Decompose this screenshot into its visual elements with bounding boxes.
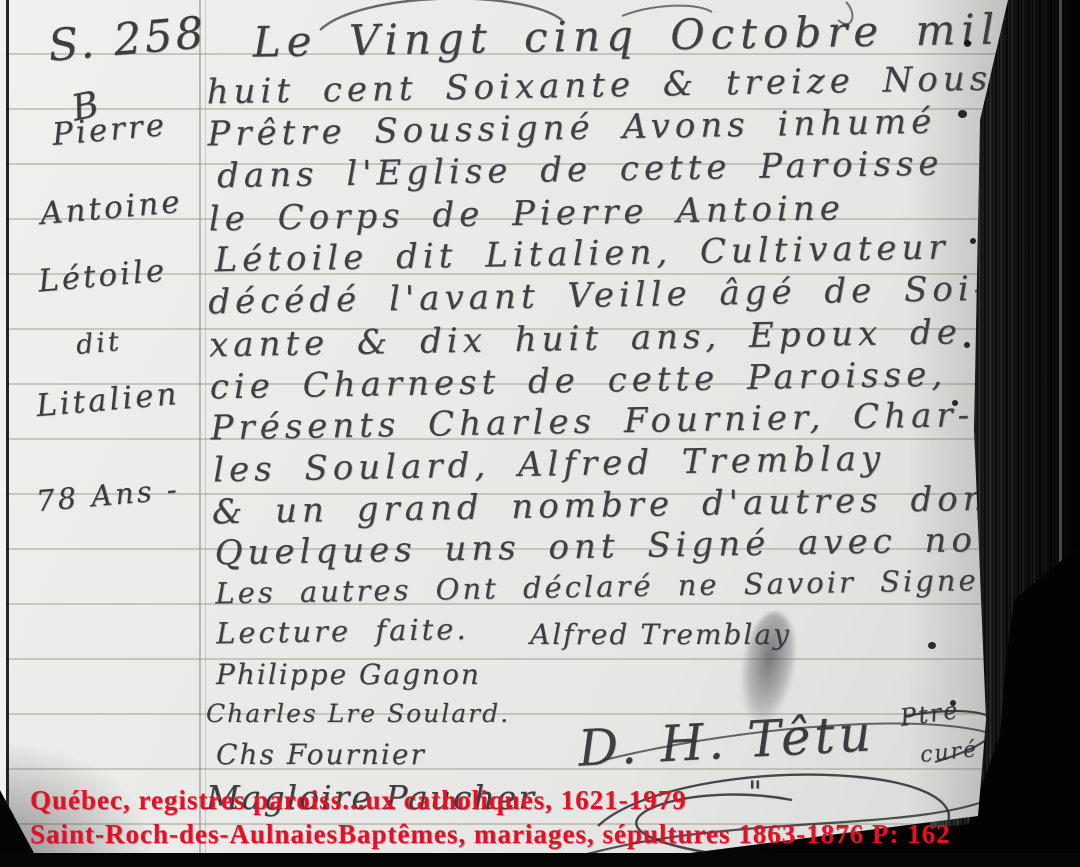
left-edge-line (6, 0, 9, 853)
source-caption-line1: Québec, registres paroiss...ux catholiqu… (30, 785, 687, 816)
ink-dot (964, 342, 970, 348)
source-caption-line2: Saint-Roch-des-AulnaiesBaptêmes, mariage… (30, 819, 951, 850)
ink-dot (970, 238, 976, 244)
ink-dot (958, 110, 967, 118)
ink-dot (928, 642, 936, 649)
signature-charles-soulard: Charles Lre Soulard. (206, 699, 510, 728)
ink-dot (950, 700, 956, 706)
register-scan: S. 258 B Pierre Antoine Létoile dit Lita… (0, 0, 1080, 867)
ink-dot (952, 400, 958, 406)
register-page: S. 258 B Pierre Antoine Létoile dit Lita… (0, 0, 1080, 853)
margin-divider-line (199, 0, 206, 853)
quote-repeat-mark: " (748, 775, 764, 810)
signature-chs-fournier: Chs Fournier (216, 738, 426, 771)
photo-bottom-border (0, 853, 1080, 867)
ink-dot (964, 40, 971, 47)
signature-philippe-gagnon: Philippe Gagnon (216, 658, 481, 691)
record-closing-line: Lecture faite. (216, 612, 469, 650)
margin-name-dit: dit (75, 326, 123, 361)
